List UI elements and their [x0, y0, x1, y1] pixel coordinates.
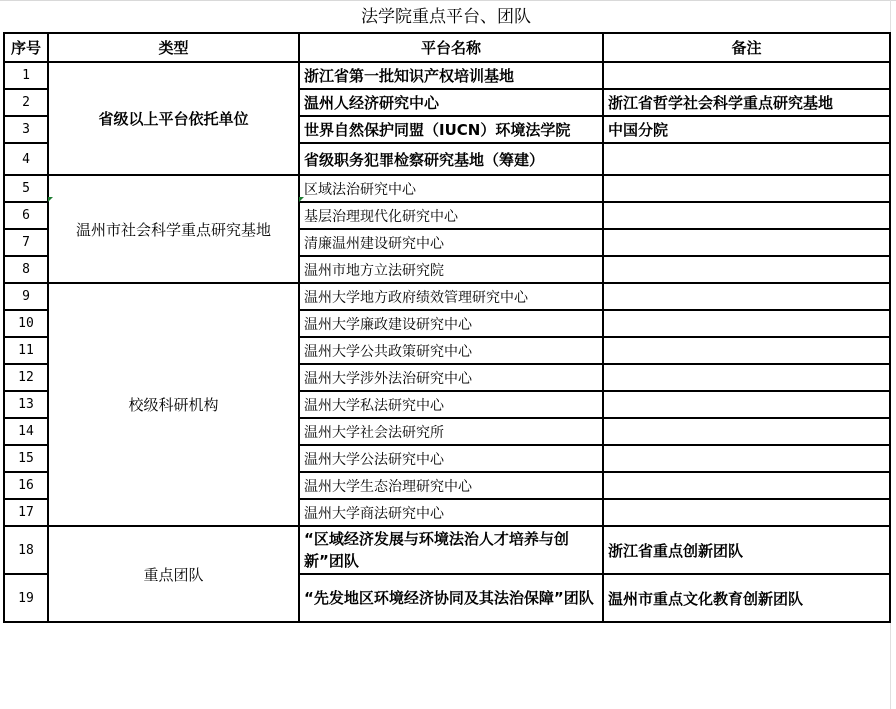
platform-name-cell[interactable]: 清廉温州建设研究中心: [299, 229, 603, 256]
remarks-cell[interactable]: [603, 202, 890, 229]
sheet-title: 法学院重点平台、团队: [3, 2, 889, 32]
type-cell[interactable]: 省级以上平台依托单位: [48, 62, 299, 175]
row-index[interactable]: 17: [4, 499, 48, 526]
header-remarks[interactable]: 备注: [603, 33, 890, 62]
remarks-cell[interactable]: [603, 175, 890, 202]
remarks-cell[interactable]: [603, 310, 890, 337]
header-index[interactable]: 序号: [4, 33, 48, 62]
remarks-cell[interactable]: [603, 143, 890, 175]
cell-comment-indicator-icon: [299, 197, 304, 202]
platform-name-cell[interactable]: 温州大学公共政策研究中心: [299, 337, 603, 364]
row-index[interactable]: 18: [4, 526, 48, 574]
row-index[interactable]: 10: [4, 310, 48, 337]
row-index[interactable]: 6: [4, 202, 48, 229]
remarks-cell[interactable]: 浙江省哲学社会科学重点研究基地: [603, 89, 890, 116]
row-index[interactable]: 9: [4, 283, 48, 310]
remarks-cell[interactable]: 中国分院: [603, 116, 890, 143]
row-index[interactable]: 14: [4, 418, 48, 445]
platform-name-cell[interactable]: 温州市地方立法研究院: [299, 256, 603, 283]
table-row: 5 温州市社会科学重点研究基地 区域法治研究中心: [4, 175, 890, 202]
table-row: 18 重点团队 “区域经济发展与环境法治人才培养与创新”团队 浙江省重点创新团队: [4, 526, 890, 574]
platform-name-cell[interactable]: 温州大学私法研究中心: [299, 391, 603, 418]
type-cell[interactable]: 温州市社会科学重点研究基地: [48, 175, 299, 283]
type-cell[interactable]: 重点团队: [48, 526, 299, 622]
platform-name-cell[interactable]: 温州人经济研究中心: [299, 89, 603, 116]
type-cell[interactable]: 校级科研机构: [48, 283, 299, 526]
platform-name-cell[interactable]: 温州大学社会法研究所: [299, 418, 603, 445]
row-index[interactable]: 1: [4, 62, 48, 89]
row-index[interactable]: 11: [4, 337, 48, 364]
platform-name-cell[interactable]: 省级职务犯罪检察研究基地（筹建）: [299, 143, 603, 175]
platform-name-cell[interactable]: 温州大学商法研究中心: [299, 499, 603, 526]
platform-name-cell[interactable]: 温州大学廉政建设研究中心: [299, 310, 603, 337]
remarks-cell[interactable]: 浙江省重点创新团队: [603, 526, 890, 574]
row-index[interactable]: 19: [4, 574, 48, 622]
sheet-top-gridline: [0, 0, 896, 1]
platform-name-cell[interactable]: 温州大学涉外法治研究中心: [299, 364, 603, 391]
platform-name-cell[interactable]: 温州大学地方政府绩效管理研究中心: [299, 283, 603, 310]
remarks-cell[interactable]: [603, 229, 890, 256]
platform-name-cell[interactable]: 基层治理现代化研究中心: [299, 202, 603, 229]
row-index[interactable]: 7: [4, 229, 48, 256]
remarks-cell[interactable]: [603, 445, 890, 472]
remarks-cell[interactable]: [603, 256, 890, 283]
row-index[interactable]: 15: [4, 445, 48, 472]
remarks-cell[interactable]: [603, 472, 890, 499]
platform-name-cell[interactable]: 世界自然保护同盟（IUCN）环境法学院: [299, 116, 603, 143]
remarks-cell[interactable]: [603, 418, 890, 445]
header-type[interactable]: 类型: [48, 33, 299, 62]
platform-name-cell[interactable]: 区域法治研究中心: [299, 175, 603, 202]
platform-name-cell[interactable]: “先发地区环境经济协同及其法治保障”团队: [299, 574, 603, 622]
row-index[interactable]: 12: [4, 364, 48, 391]
platform-name-cell[interactable]: 温州大学生态治理研究中心: [299, 472, 603, 499]
platform-name-cell[interactable]: 浙江省第一批知识产权培训基地: [299, 62, 603, 89]
table-row: 1 省级以上平台依托单位 浙江省第一批知识产权培训基地: [4, 62, 890, 89]
remarks-cell[interactable]: 温州市重点文化教育创新团队: [603, 574, 890, 622]
remarks-cell[interactable]: [603, 283, 890, 310]
cell-comment-indicator-icon: [48, 197, 53, 202]
remarks-cell[interactable]: [603, 337, 890, 364]
table-row: 9 校级科研机构 温州大学地方政府绩效管理研究中心: [4, 283, 890, 310]
header-platform-name[interactable]: 平台名称: [299, 33, 603, 62]
row-index[interactable]: 5: [4, 175, 48, 202]
row-index[interactable]: 2: [4, 89, 48, 116]
row-index[interactable]: 8: [4, 256, 48, 283]
row-index[interactable]: 4: [4, 143, 48, 175]
platform-name-cell[interactable]: 温州大学公法研究中心: [299, 445, 603, 472]
row-index[interactable]: 13: [4, 391, 48, 418]
remarks-cell[interactable]: [603, 499, 890, 526]
row-index[interactable]: 3: [4, 116, 48, 143]
remarks-cell[interactable]: [603, 62, 890, 89]
remarks-cell[interactable]: [603, 364, 890, 391]
platforms-table: 序号 类型 平台名称 备注 1 省级以上平台依托单位 浙江省第一批知识产权培训基…: [3, 32, 891, 623]
row-index[interactable]: 16: [4, 472, 48, 499]
platform-name-cell[interactable]: “区域经济发展与环境法治人才培养与创新”团队: [299, 526, 603, 574]
remarks-cell[interactable]: [603, 391, 890, 418]
